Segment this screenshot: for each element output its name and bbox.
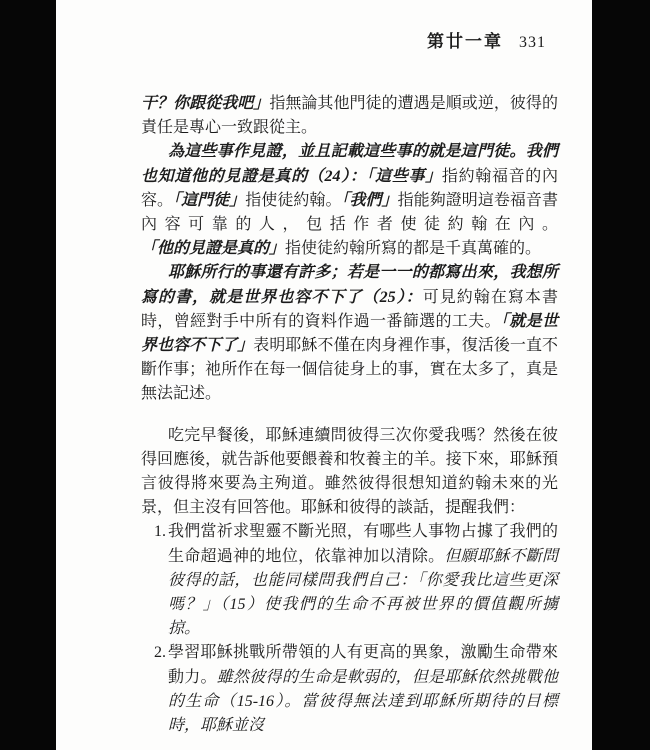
text-run-hei: 吃完早餐後，耶穌連續問彼得三次你愛我嗎？然後在彼得回應後，就告訴他要餵養和牧養主…: [141, 427, 558, 517]
text-run-term: 「我們」: [341, 192, 397, 209]
text-run-song: 指使徒約翰所寫的都是千真萬確的。: [285, 240, 541, 257]
page-number: 331: [519, 34, 546, 51]
text-run-song: 指使徒約翰。: [245, 192, 341, 209]
chapter-title: 第廿一章: [427, 32, 503, 51]
text-run-term: 「他的見證是真的」: [141, 240, 285, 257]
text-run-term: 「這門徒」: [173, 192, 245, 209]
list-item-1: 1. 我們當祈求聖靈不斷光照，有哪些人事物占據了我們的生命超過神的地位，依靠神加…: [141, 520, 558, 641]
list-item-2-number: 2.: [154, 641, 166, 665]
list-item-1-content: 我們當祈求聖靈不斷光照，有哪些人事物占據了我們的生命超過神的地位，依靠神加以清除…: [168, 523, 558, 637]
scan-border-left: [0, 0, 56, 750]
text-run-scripture: 干？你跟從我吧」: [141, 95, 269, 112]
list-item-1-number: 1.: [154, 520, 166, 544]
text-run-kai: 雖然彼得的生命是軟弱的，但是耶穌依然挑戰他的生命（15-16）。當彼得無法達到耶…: [168, 669, 558, 734]
page-body: 干？你跟從我吧」指無論其他門徒的遭遇是順或逆，彼得的責任是專心一致跟從主。 為這…: [141, 92, 558, 738]
text-run-term: 「這些事」: [367, 168, 442, 185]
scan-border-right: [592, 0, 650, 750]
paragraph-continuation: 干？你跟從我吧」指無論其他門徒的遭遇是順或逆，彼得的責任是專心一致跟從主。: [141, 92, 558, 140]
list-item-2-content: 學習耶穌挑戰所帶領的人有更高的異象，激勵生命帶來動力。雖然彼得的生命是軟弱的，但…: [168, 644, 558, 734]
list-item-2: 2. 學習耶穌挑戰所帶領的人有更高的異象，激勵生命帶來動力。雖然彼得的生命是軟弱…: [141, 641, 558, 738]
paragraph-commentary-v25: 耶穌所行的事還有許多；若是一一的都寫出來，我想所寫的書，就是世界也容不下了（25…: [141, 261, 558, 406]
page-header: 第廿一章 331: [141, 27, 558, 52]
paragraph-commentary-v24: 為這些事作見證，並且記載這些事的就是這門徒。我們也知道他的見證是真的（24）：「…: [141, 140, 558, 261]
paragraph-summary-intro: 吃完早餐後，耶穌連續問彼得三次你愛我嗎？然後在彼得回應後，就告訴他要餵養和牧養主…: [141, 424, 558, 521]
scanned-book-page: 第廿一章 331 干？你跟從我吧」指無論其他門徒的遭遇是順或逆，彼得的責任是專心…: [0, 0, 650, 750]
